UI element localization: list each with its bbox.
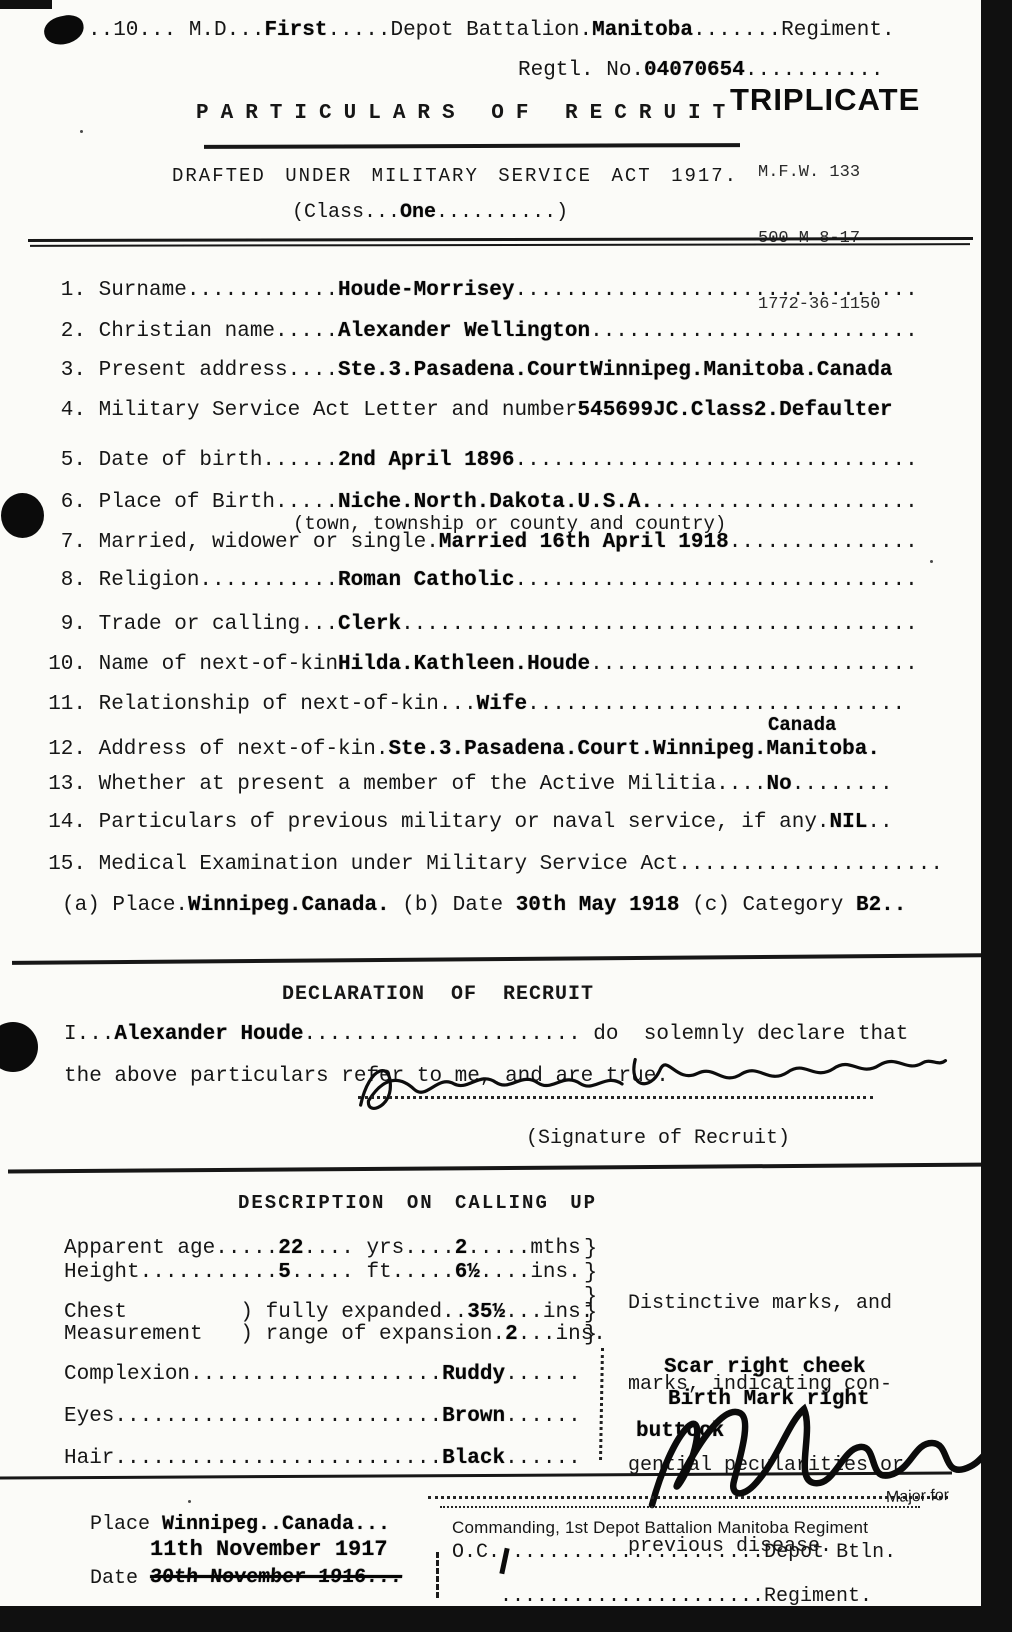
item-value: Hilda.Kathleen.Houde [338, 653, 590, 676]
form-item-active-militia: 13. Whether at present a member of the A… [44, 772, 893, 798]
item-number: 5. [44, 448, 86, 474]
header-text: ..10... M.D... [88, 19, 264, 42]
desc-label: .....mths [467, 1237, 580, 1260]
form-item-medical-exam: 15. Medical Examination under Military S… [44, 852, 943, 878]
medical-date-label: (b) Date [390, 894, 516, 917]
desc-label: ..... ft..... [291, 1261, 455, 1284]
item-label: Date of birth...... [86, 449, 338, 472]
item-number: 3. [44, 358, 86, 384]
item-value: Clerk [338, 613, 401, 636]
class-value: One [400, 201, 436, 224]
brace: } [584, 1322, 597, 1347]
item-trail: ............... [729, 531, 918, 554]
oc-dots: O.C....................... [452, 1541, 764, 1564]
medical-place-label: (a) Place. [62, 894, 188, 917]
declaration-text: I... [64, 1023, 114, 1046]
item-trail: ........ [792, 773, 893, 796]
item-number: 7. [44, 530, 86, 556]
item-label: Name of next-of-kin [86, 653, 338, 676]
item-label: Present address.... [86, 359, 338, 382]
district-value: First [264, 19, 327, 42]
item-trail: .......................... [590, 653, 918, 676]
item-trail: ..................... [653, 491, 918, 514]
title-underline [204, 143, 740, 149]
officer-signature-line [428, 1496, 948, 1499]
desc-label: Chest ) fully expanded.. [64, 1301, 467, 1324]
punch-hole [0, 1022, 38, 1072]
commanding-stamp: Commanding, 1st Depot Battalion Manitoba… [452, 1518, 868, 1538]
column-divider [599, 1348, 604, 1460]
item-trail: ................................ [514, 449, 917, 472]
desc-label: ...... [505, 1405, 581, 1428]
desc-label: Eyes.......................... [64, 1405, 442, 1428]
item-number: 10. [44, 652, 86, 678]
class-label: (Class... [292, 201, 400, 224]
distinctive-mark-value: Scar right cheek [664, 1356, 866, 1379]
brace: } [584, 1260, 597, 1285]
nok-country-superscript: Canada [768, 714, 836, 736]
item-number: 2. [44, 319, 86, 345]
desc-label: ...... [505, 1363, 581, 1386]
brace: } [584, 1236, 597, 1261]
form-title: PARTICULARS OF RECRUIT [196, 102, 737, 125]
item-label: Particulars of previous military or nava… [86, 811, 830, 834]
item-trail: .. [867, 811, 892, 834]
item-value: 545699JC.Class2.Defaulter [577, 399, 892, 422]
item-trail: .............................. [527, 693, 905, 716]
age-years-value: 22 [278, 1237, 303, 1260]
complexion-value: Ruddy [442, 1363, 505, 1386]
form-item-nok-name: 10. Name of next-of-kinHilda.Kathleen.Ho… [44, 652, 918, 678]
form-item-trade: 9. Trade or calling...Clerk.............… [44, 612, 918, 638]
chest-expanded-value: 35½ [467, 1301, 505, 1324]
item-number: 1. [44, 278, 86, 304]
form-item-previous-service: 14. Particulars of previous military or … [44, 810, 893, 836]
desc-label: Measurement ) range of expansion. [64, 1323, 505, 1346]
form-item-religion: 8. Religion...........Roman Catholic....… [44, 568, 918, 594]
item-number: 13. [44, 772, 86, 798]
item-label: Whether at present a member of the Activ… [86, 773, 767, 796]
item-label: Address of next-of-kin. [86, 738, 388, 761]
recruit-signature [349, 1024, 952, 1141]
description-heading: DESCRIPTION ON CALLING UP [238, 1192, 597, 1214]
item-label: Military Service Act Letter and number [86, 399, 577, 422]
item-number: 6. [44, 490, 86, 516]
note-line: Distinctive marks, and [628, 1290, 904, 1317]
form-code: M.F.W. 133 [758, 162, 880, 184]
desc-row-hair: Hair..........................Black.....… [64, 1446, 581, 1472]
height-inches-value: 6½ [455, 1261, 480, 1284]
item-label: Trade or calling... [86, 613, 338, 636]
scan-speck [188, 1500, 191, 1503]
desc-label: ...ins. [505, 1301, 593, 1324]
header-text: .....Depot Battalion. [327, 19, 592, 42]
desc-label: Complexion.................... [64, 1363, 442, 1386]
item-value: No [767, 773, 792, 796]
age-months-value: 2 [455, 1237, 468, 1260]
item-number: 4. [44, 398, 86, 424]
item-value: 2nd April 1896 [338, 449, 514, 472]
item-trail: ........................................… [401, 613, 918, 636]
item-label: Relationship of next-of-kin... [86, 693, 477, 716]
height-feet-value: 5 [278, 1261, 291, 1284]
declaration-heading: DECLARATION OF RECRUIT [282, 983, 594, 1006]
item-label: Married, widower or single. [86, 531, 439, 554]
class-trail: ..........) [436, 201, 568, 224]
item-number: 12. [44, 737, 86, 763]
punch-hole [1, 493, 44, 538]
form-item-address: 3. Present address....Ste.3.Pasadena.Cou… [44, 358, 893, 384]
form-item-marital-status: 7. Married, widower or single.Married 16… [44, 530, 918, 556]
desc-row-complexion: Complexion....................Ruddy.....… [64, 1362, 581, 1388]
scan-speck [80, 130, 83, 133]
item-label: Place of Birth..... [86, 491, 338, 514]
desc-label: ....ins. [480, 1261, 581, 1284]
oc-line: O.C.......................Depot Btln. [452, 1540, 896, 1565]
desc-label: ...... [505, 1447, 581, 1470]
regtl-label: Regtl. No. [518, 59, 644, 82]
form-subtitle: DRAFTED UNDER MILITARY SERVICE ACT 1917. [172, 165, 738, 187]
desc-label: Height........... [64, 1261, 278, 1284]
item-value: Wife [477, 693, 527, 716]
recruit-signature-line [358, 1096, 873, 1099]
item-label: Religion........... [86, 569, 338, 592]
item-trail: .......................... [590, 320, 918, 343]
item-trail: ..................... [678, 853, 943, 876]
item-label: Christian name..... [86, 320, 338, 343]
place-value: Winnipeg..Canada... [162, 1513, 390, 1536]
item-trail: ................................ [514, 279, 917, 302]
desc-label: Hair.......................... [64, 1447, 442, 1470]
eyes-value: Brown [442, 1405, 505, 1428]
desc-row-height: Height...........5..... ft.....6½....ins… [64, 1260, 581, 1286]
desc-row-eyes: Eyes..........................Brown.....… [64, 1404, 581, 1430]
declarant-name: Alexander Houde [114, 1023, 303, 1046]
header-text: .......Regiment. [693, 19, 895, 42]
item-number: 8. [44, 568, 86, 594]
item-label: Surname............ [86, 279, 338, 302]
regtl-number: 04070654 [644, 59, 745, 82]
officer-signature-line [440, 1506, 920, 1508]
section-rule [12, 953, 997, 965]
item-value: NIL [830, 811, 868, 834]
item-number: 11. [44, 692, 86, 718]
item-value: Roman Catholic [338, 569, 514, 592]
desc-label: .... yrs.... [303, 1237, 454, 1260]
regtl-trail: ........... [745, 59, 884, 82]
medical-exam-details: (a) Place.Winnipeg.Canada. (b) Date 30th… [62, 893, 906, 919]
form-item-surname: 1. Surname............Houde-Morrisey....… [44, 278, 918, 304]
form-item-birth-date: 5. Date of birth......2nd April 1896....… [44, 448, 918, 474]
stray-dashed-mark [436, 1552, 439, 1598]
medical-category-value: B2.. [856, 894, 906, 917]
triplicate-stamp: TRIPLICATE [730, 82, 920, 118]
medical-date-value: 30th May 1918 [516, 894, 680, 917]
scan-border-right [981, 0, 1012, 1632]
medical-category-label: (c) Category [680, 894, 856, 917]
place-line: Place Winnipeg..Canada... [90, 1512, 390, 1537]
chest-expansion-value: 2 [505, 1323, 518, 1346]
regiment-value: Manitoba [592, 19, 693, 42]
item-value: Houde-Morrisey [338, 279, 514, 302]
form-item-nok-address: 12. Address of next-of-kin.Ste.3.Pasaden… [44, 737, 880, 763]
oc-unit: Depot Btln. [764, 1541, 896, 1564]
item-value: Niche.North.Dakota.U.S.A. [338, 491, 653, 514]
scan-border-top [0, 0, 52, 9]
scan-speck [930, 560, 933, 563]
typed-date-value: 11th November 1917 [150, 1537, 388, 1562]
item-number: 9. [44, 612, 86, 638]
desc-row-age: Apparent age.....22.... yrs....2.....mth… [64, 1236, 581, 1262]
item-number: 14. [44, 810, 86, 836]
struck-date-value: 30th November 1916... [149, 1566, 403, 1589]
item-value: Alexander Wellington [338, 320, 590, 343]
ink-blob [42, 12, 87, 48]
hair-value: Black [442, 1447, 505, 1470]
item-value: Ste.3.Pasadena.Court.Winnipeg.Manitoba. [388, 738, 879, 761]
section-rule [8, 1163, 998, 1174]
desc-label: Apparent age..... [64, 1237, 278, 1260]
medical-place-value: Winnipeg.Canada. [188, 894, 390, 917]
place-label: Place [90, 1513, 162, 1536]
header-line: ..10... M.D...First.....Depot Battalion.… [88, 18, 895, 44]
form-item-msa-letter: 4. Military Service Act Letter and numbe… [44, 398, 893, 424]
item-number: 15. [44, 852, 86, 878]
scan-border-bottom [0, 1606, 1012, 1632]
major-for-stamp: Major for [886, 1487, 950, 1507]
desc-row-chest-expansion: Measurement ) range of expansion.2...ins… [64, 1322, 606, 1348]
signature-caption: (Signature of Recruit) [526, 1126, 790, 1151]
officer-signature [638, 1382, 1008, 1522]
item-label: Medical Examination under Military Servi… [86, 853, 678, 876]
item-value: Married 16th April 1918 [439, 531, 729, 554]
item-trail: ................................ [514, 569, 917, 592]
item-value: Ste.3.Pasadena.CourtWinnipeg.Manitoba.Ca… [338, 359, 893, 382]
date-label: Date [90, 1566, 138, 1591]
class-line: (Class...One..........) [292, 200, 568, 225]
form-item-christian-name: 2. Christian name.....Alexander Wellingt… [44, 319, 918, 345]
regtl-number-line: Regtl. No.04070654........... [518, 58, 883, 84]
scanned-recruit-form: ..10... M.D...First.....Depot Battalion.… [0, 0, 1012, 1632]
